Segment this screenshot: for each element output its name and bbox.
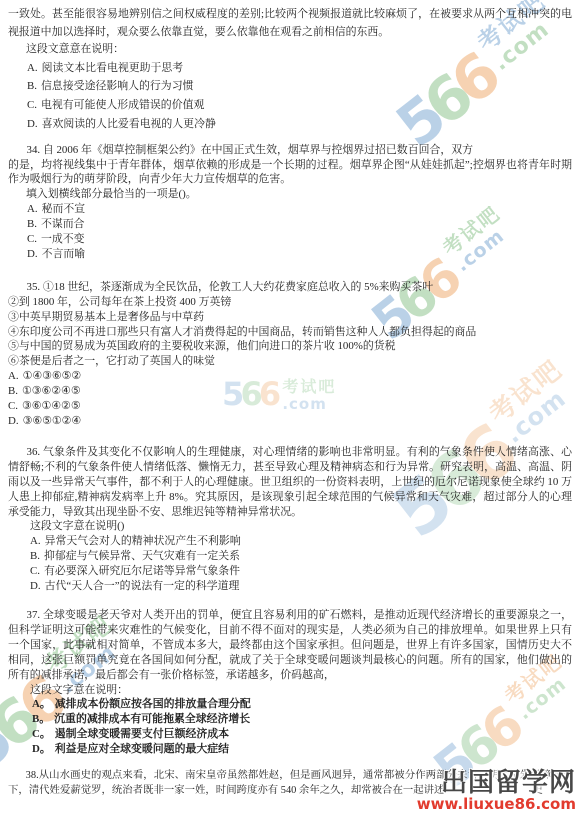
answer-option: D.③⑥⑤①②④ bbox=[8, 414, 572, 429]
option-label: A. bbox=[27, 203, 38, 215]
option-label: D. bbox=[27, 248, 38, 260]
option-label: A。 bbox=[32, 698, 51, 710]
answer-option: B。沉重的减排成本有可能拖累全球经济增长 bbox=[8, 712, 572, 727]
answer-option: D。利益是应对全球变暖问题的最大症结 bbox=[8, 742, 572, 757]
option-text: 电视有可能使人形成错误的价值观 bbox=[41, 99, 204, 111]
option-text: 减排成本份额应按各国的排放量合理分配 bbox=[55, 698, 251, 710]
option-label: B. bbox=[27, 80, 37, 92]
question-paragraph: ③中英早期贸易基本上是奢侈品与中草药 bbox=[8, 310, 572, 325]
question-section-q36: 36. 气象条件及其变化不仅影响人的生理健康，对心理情绪的影响也非常明显。有利的… bbox=[8, 445, 572, 594]
answer-option: A.①④③⑥⑤② bbox=[8, 369, 572, 384]
option-text: 异常天气会对人的精神状况产生不利影响 bbox=[45, 535, 241, 547]
answer-option: B.抑郁症与气候异常、天气灾难有一定关系 bbox=[8, 549, 572, 564]
option-label: A. bbox=[27, 62, 38, 74]
question-section-q38: 38.从山水画史的观点来看，北宋、南宋皇帝虽然都姓赵，但是画风迥异，通常都被分作… bbox=[8, 769, 572, 799]
question-paragraph: ④东印度公司不再进口那些只有富人才消费得起的中国商品，转而销售这种人人都负担得起… bbox=[8, 325, 572, 340]
option-label: C. bbox=[8, 400, 18, 412]
question-paragraph: 的是，均将视线集中于青年群体，烟草依赖的形成是一个长期的过程。烟草界企图“从娃娃… bbox=[8, 158, 572, 188]
question-section-q34: 34. 自 2006 年《烟草控制框架公约》在中国正式生效，烟草界与控烟界过招已… bbox=[8, 143, 572, 262]
option-label: D。 bbox=[32, 743, 51, 755]
option-text: 利益是应对全球变暖问题的最大症结 bbox=[55, 743, 229, 755]
question-paragraph: 一致处。甚至能很容易地辨别信之间权威程度的差别;比较两个视频报道就比较麻烦了，在… bbox=[8, 6, 572, 41]
question-paragraph: 34. 自 2006 年《烟草控制框架公约》在中国正式生效，烟草界与控烟界过招已… bbox=[8, 143, 572, 158]
option-text: ③⑥⑤①②④ bbox=[23, 415, 82, 427]
option-label: C。 bbox=[32, 728, 51, 740]
text-fragment: 史 bbox=[532, 785, 542, 796]
question-prompt: 这段文意意在说明： bbox=[8, 41, 572, 59]
answer-option: C.电视有可能使人形成错误的价值观 bbox=[8, 96, 572, 115]
option-label: B. bbox=[8, 385, 18, 397]
option-label: D. bbox=[27, 118, 38, 130]
answer-option: D.喜欢阅读的人比爱看电视的人更冷静 bbox=[8, 115, 572, 134]
answer-option: A。减排成本份额应按各国的排放量合理分配 bbox=[8, 697, 572, 712]
question-section-q37: 37. 全球变暖是老天爷对人类开出的罚单，便宜且容易利用的矿石燃料，是推动近现代… bbox=[8, 608, 572, 757]
option-label: B. bbox=[27, 218, 37, 230]
option-label: A. bbox=[30, 535, 41, 547]
option-label: C. bbox=[27, 99, 37, 111]
question-prompt: 这段文字意在说明() bbox=[8, 519, 572, 534]
option-text: 一成不变 bbox=[41, 233, 85, 245]
answer-option: A.阅读文本比看电视更助于思考 bbox=[8, 59, 572, 78]
question-paragraph: ⑥茶便是后者之一，它打动了英国人的味觉 bbox=[8, 354, 572, 369]
option-text: ③⑥①④②⑤ bbox=[22, 400, 81, 412]
question-paragraph: 38.从山水画史的观点来看，北宋、南宋皇帝虽然都姓赵，但是画风迥异，通常都被分作… bbox=[8, 769, 572, 799]
question-paragraph: 36. 气象条件及其变化不仅影响人的生理健康，对心理情绪的影响也非常明显。有利的… bbox=[8, 445, 572, 520]
question-paragraph: 37. 全球变暖是老天爷对人类开出的罚单，便宜且容易利用的矿石燃料，是推动近现代… bbox=[8, 608, 572, 683]
option-label: A. bbox=[8, 370, 19, 382]
answer-option: B.①③⑥②④⑤ bbox=[8, 384, 572, 399]
question-prompt: 这段文字意在说明： bbox=[8, 683, 572, 698]
option-label: C. bbox=[27, 233, 37, 245]
option-text: 遏制全球变暖需要支付巨额经济成本 bbox=[55, 728, 229, 740]
option-text: 不谋而合 bbox=[41, 218, 85, 230]
question-section-intro: 一致处。甚至能很容易地辨别信之间权威程度的差别;比较两个视频报道就比较麻烦了，在… bbox=[8, 6, 572, 134]
answer-option: C.一成不变 bbox=[8, 232, 572, 247]
answer-option: D.不言而喻 bbox=[8, 247, 572, 262]
question-paragraph: ⑤与中国的贸易成为英国政府的主要税收来源，他们向进口的茶片收 100%的货税 bbox=[8, 339, 572, 354]
text-fragment: 38.从山水画史的观点来看，北宋、南宋皇帝虽然都姓赵，但是画风迥异，通常都被分作… bbox=[8, 770, 572, 796]
answer-option: C。遏制全球变暖需要支付巨额经济成本 bbox=[8, 727, 572, 742]
answer-option: C.有必要深入研究厄尔尼诺等异常气象条件 bbox=[8, 564, 572, 579]
answer-option: D.古代“天人合一”的说法有一定的科学道理 bbox=[8, 579, 572, 594]
option-text: ①③⑥②④⑤ bbox=[22, 385, 81, 397]
option-text: 不言而喻 bbox=[42, 248, 86, 260]
answer-option: B.不谋而合 bbox=[8, 217, 572, 232]
question-section-q35: 35. ①18 世纪，茶逐渐成为全民饮品，伦敦工人大约花费家庭总收入的 5%来购… bbox=[8, 280, 572, 429]
option-text: 抑郁症与气候异常、天气灾难有一定关系 bbox=[44, 550, 240, 562]
option-text: 有必要深入研究厄尔尼诺等异常气象条件 bbox=[44, 565, 240, 577]
answer-option: B.信息接受途径影响人的行为习惯 bbox=[8, 77, 572, 96]
option-text: 古代“天人合一”的说法有一定的科学道理 bbox=[45, 580, 240, 592]
exam-page: 一致处。甚至能很容易地辨别信之间权威程度的差别;比较两个视频报道就比较麻烦了，在… bbox=[0, 0, 580, 820]
option-text: 沉重的减排成本有可能拖累全球经济增长 bbox=[54, 713, 250, 725]
option-text: 喜欢阅读的人比爱看电视的人更冷静 bbox=[42, 118, 216, 130]
question-prompt: 填入划横线部分最恰当的一项是()。 bbox=[8, 187, 572, 202]
answer-option: A.异常天气会对人的精神状况产生不利影响 bbox=[8, 534, 572, 549]
question-paragraph: 35. ①18 世纪，茶逐渐成为全民饮品，伦敦工人大约花费家庭总收入的 5%来购… bbox=[8, 280, 572, 295]
option-text: 信息接受途径影响人的行为习惯 bbox=[41, 80, 193, 92]
option-label: D. bbox=[8, 415, 19, 427]
option-label: B。 bbox=[32, 713, 50, 725]
question-paragraph: ②到 1800 年，公司每年在茶上投资 400 万英镑 bbox=[8, 295, 572, 310]
option-label: D. bbox=[30, 580, 41, 592]
option-text: 秘而不宣 bbox=[42, 203, 86, 215]
option-text: 阅读文本比看电视更助于思考 bbox=[42, 62, 184, 74]
option-label: B. bbox=[30, 550, 40, 562]
option-text: ①④③⑥⑤② bbox=[23, 370, 82, 382]
option-label: C. bbox=[30, 565, 40, 577]
answer-option: A.秘而不宣 bbox=[8, 202, 572, 217]
answer-option: C.③⑥①④②⑤ bbox=[8, 399, 572, 414]
